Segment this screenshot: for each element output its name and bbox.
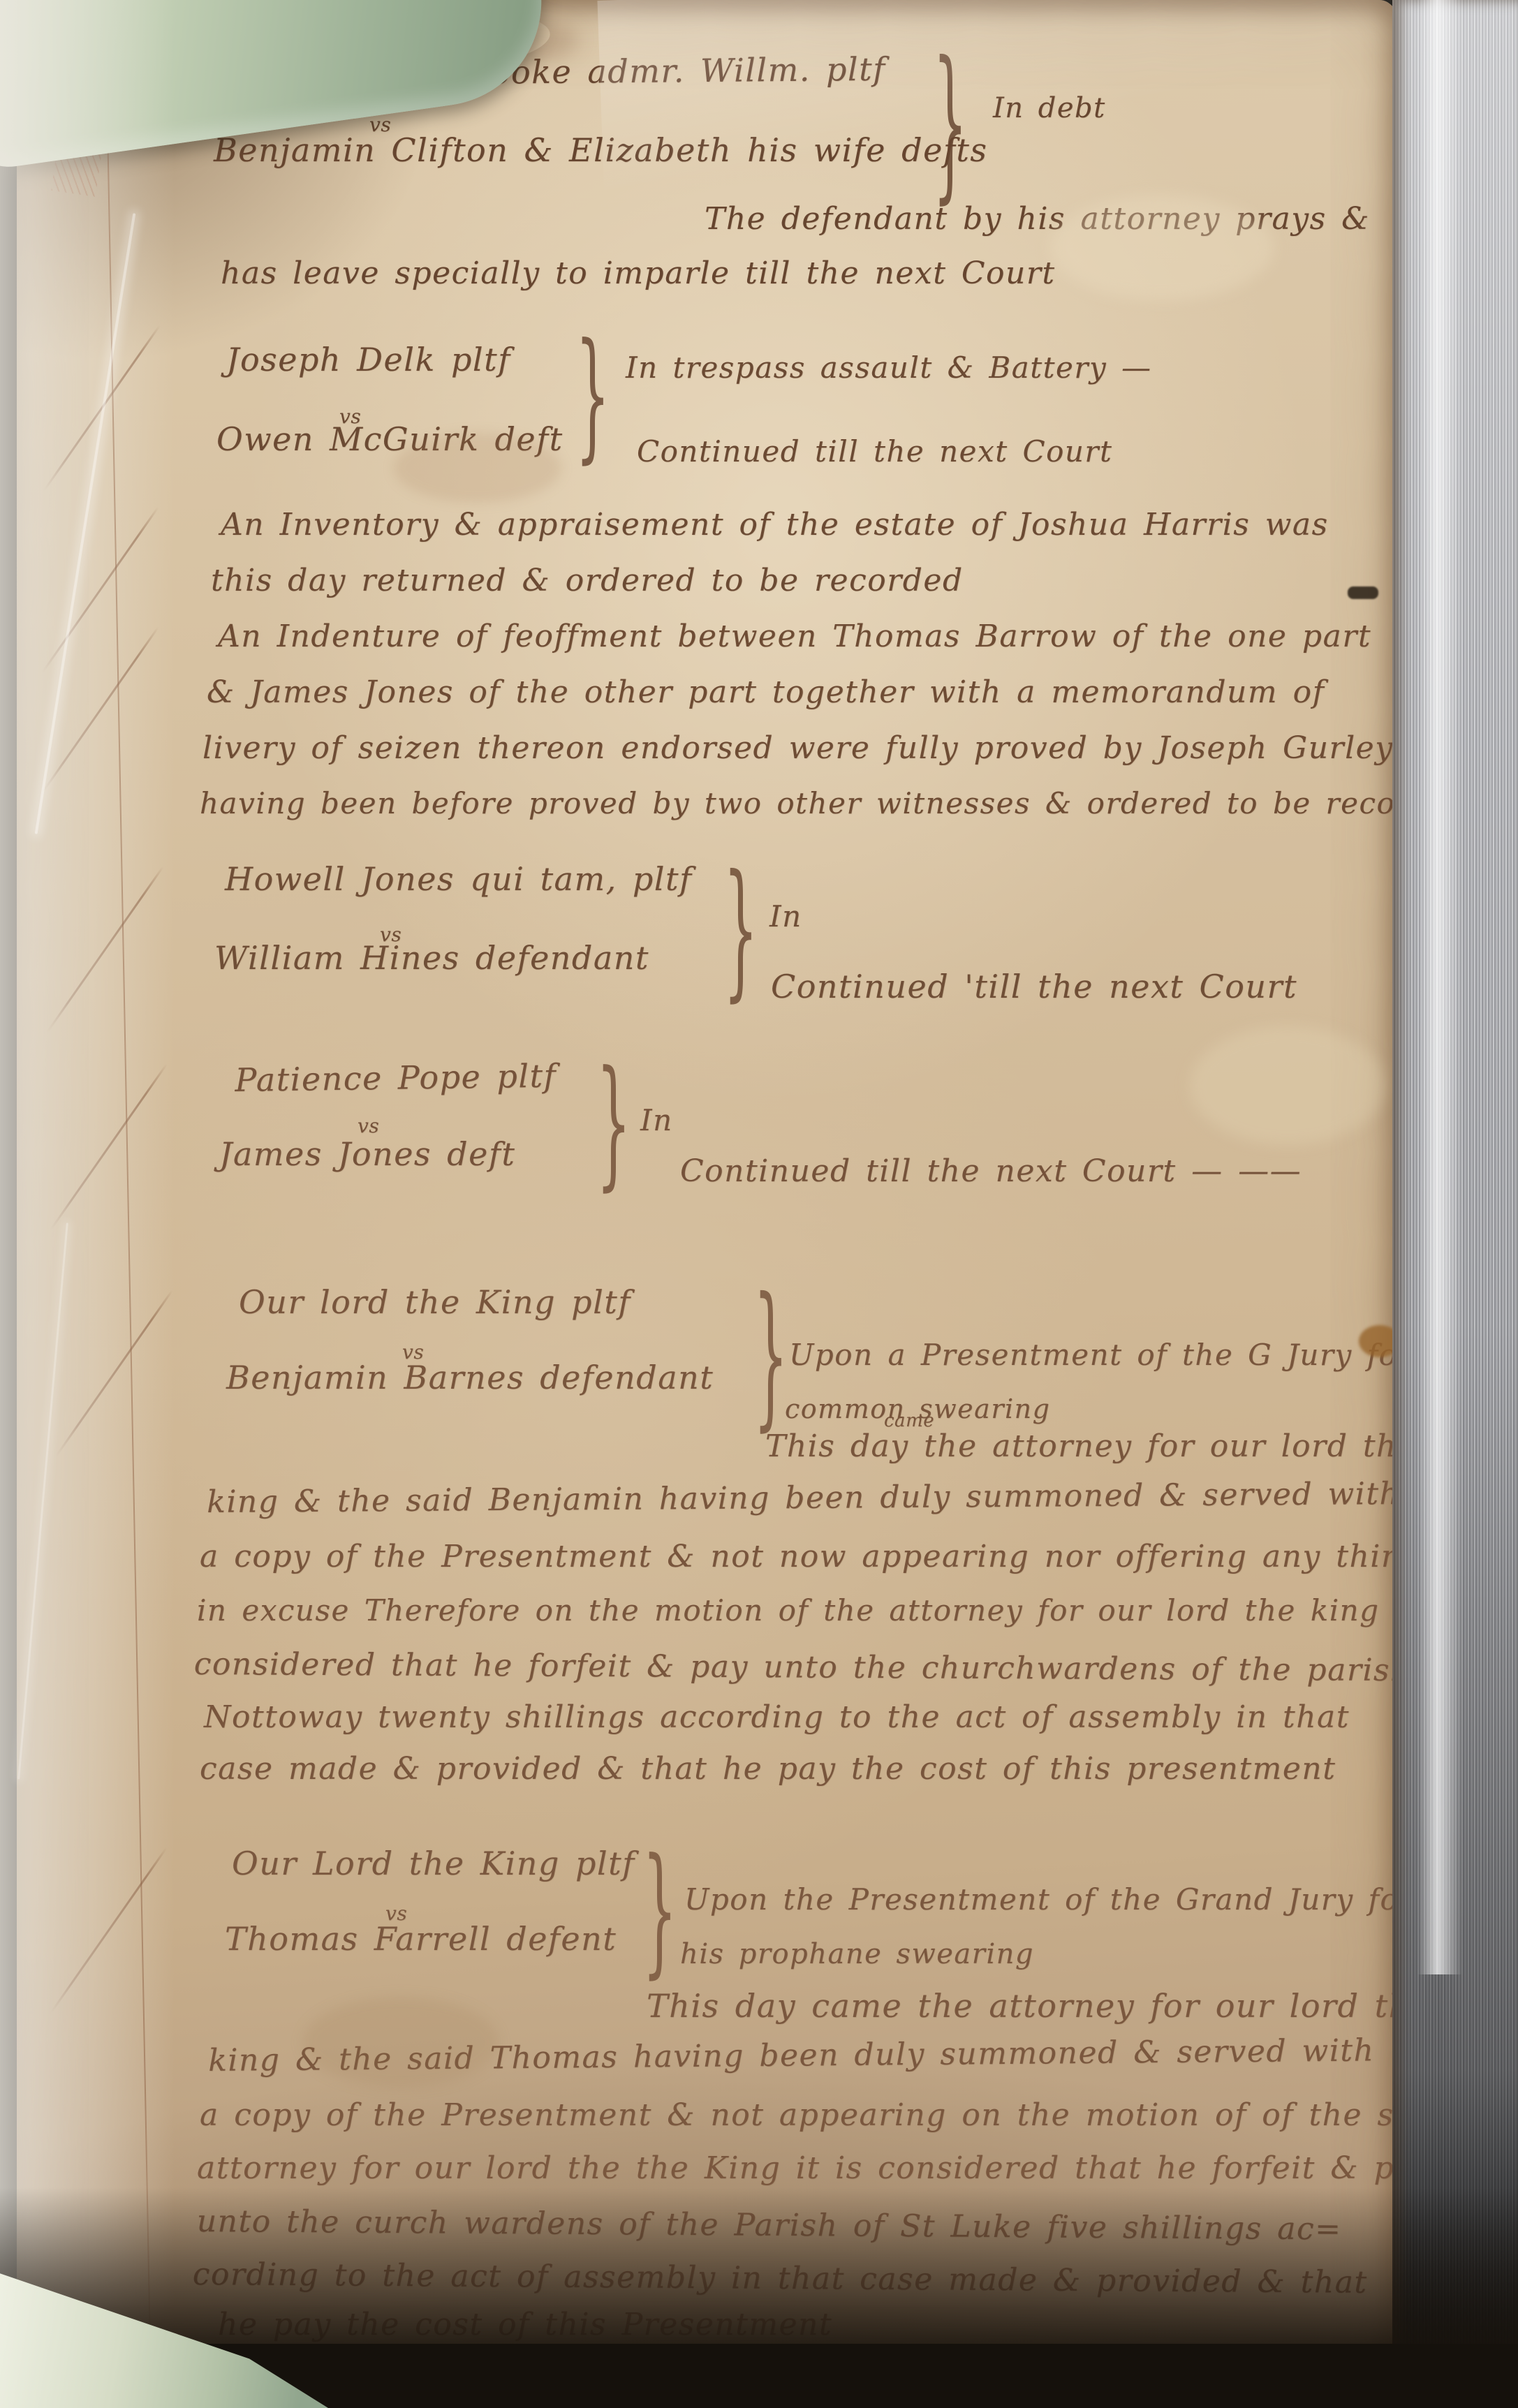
case-westbrooke-v-clifton-order-line-2: has leave specially to imparle till the … xyxy=(221,256,1056,291)
ink-dash-stain xyxy=(1348,586,1378,599)
case-king-v-barnes-body-line-7: case made & provided & that he pay the c… xyxy=(200,1751,1336,1787)
case-king-v-barnes-body-line-5: considered that he forfeit & pay unto th… xyxy=(194,1646,1459,1688)
plastic-sleeve-glare xyxy=(0,0,175,2408)
case-king-v-farrell-plaintiff-line: Our Lord the King pltf xyxy=(232,1845,635,1882)
case-delk-v-mcguirk-brace: } xyxy=(575,325,610,466)
order-indenture-barrow-jones-line-2: & James Jones of the other part together… xyxy=(207,674,1325,710)
plastic-glare xyxy=(597,0,1441,196)
paper-stain xyxy=(394,433,561,503)
case-delk-v-mcguirk-ruling: Continued till the next Court xyxy=(637,434,1112,468)
paper-highlight xyxy=(1050,195,1274,300)
case-delk-v-mcguirk-cause: In trespass assault & Battery — xyxy=(626,350,1152,385)
case-king-v-barnes-body-line-6: Nottoway twenty shillings according to t… xyxy=(204,1699,1350,1735)
case-king-v-farrell-defendant-line: Thomas Farrell defent xyxy=(225,1920,617,1958)
case-king-v-barnes-defendant-line: Benjamin Barnes defendant xyxy=(226,1359,714,1396)
case-king-v-farrell-brace: } xyxy=(642,1840,677,1981)
case-pope-v-jones-versus: vs xyxy=(358,1114,379,1137)
order-inventory-harris-line-1: An Inventory & appraisement of the estat… xyxy=(221,507,1329,542)
case-king-v-barnes-brace: } xyxy=(753,1278,788,1433)
case-king-v-farrell-body-line-1: This day came the attorney for our lord … xyxy=(647,1987,1430,2025)
edge-glare-highlight xyxy=(1417,0,1462,1974)
case-king-v-farrell-body-line-3: a copy of the Presentment & not appearin… xyxy=(200,2097,1445,2133)
case-king-v-farrell-cause-line-1: Upon the Presentment of the Grand Jury f… xyxy=(684,1882,1414,1916)
case-westbrooke-v-clifton-order-line-1: The defendant by his attorney prays & xyxy=(705,201,1370,237)
case-king-v-barnes-cause-line-1: Upon a Presentment of the G Jury for xyxy=(789,1338,1413,1372)
case-delk-v-mcguirk-plaintiff-line: Joseph Delk pltf xyxy=(226,341,511,378)
case-king-v-barnes-plaintiff-line: Our lord the King pltf xyxy=(239,1283,631,1321)
case-king-v-barnes-body-line-2: king & the said Benjamin having been dul… xyxy=(207,1476,1400,1520)
manuscript-page: 289 Samuel Westbrooke admr. Willm. pltfv… xyxy=(17,0,1401,2374)
case-pope-v-jones-ruling: Continued till the next Court — —— xyxy=(680,1153,1302,1189)
case-jones-v-hines-defendant-line: William Hines defendant xyxy=(214,939,649,977)
case-pope-v-jones-defendant-line: James Jones deft xyxy=(219,1135,515,1173)
case-jones-v-hines-cause: In xyxy=(769,899,802,933)
case-king-v-barnes-body-line-1: This day the attorney for our lord the xyxy=(765,1428,1416,1464)
order-indenture-barrow-jones-line-4: having been before proved by two other w… xyxy=(200,786,1468,820)
case-pope-v-jones-brace: } xyxy=(596,1053,631,1193)
page-stack-edge xyxy=(1392,0,1518,2408)
case-king-v-farrell-body-line-4: attorney for our lord the the King it is… xyxy=(197,2150,1432,2186)
bottom-shadow xyxy=(0,2187,1518,2348)
case-king-v-barnes-body-line-4: in excuse Therefore on the motion of the… xyxy=(197,1593,1461,1627)
paper-highlight xyxy=(1190,1026,1385,1145)
case-pope-v-jones-cause: In xyxy=(640,1103,673,1137)
paper-stain xyxy=(303,1997,499,2088)
order-inventory-harris-line-2: this day returned & ordered to be record… xyxy=(211,563,964,598)
order-indenture-barrow-jones-line-1: An Indenture of feoffment between Thomas… xyxy=(218,619,1371,654)
case-jones-v-hines-plaintiff-line: Howell Jones qui tam, pltf xyxy=(225,860,693,898)
case-king-v-farrell-cause-line-2: his prophane swearing xyxy=(680,1938,1034,1970)
case-king-v-barnes-body-line-3: a copy of the Presentment & not now appe… xyxy=(200,1539,1422,1574)
case-jones-v-hines-brace: } xyxy=(723,856,758,1004)
manuscript-photo: 289 Samuel Westbrooke admr. Willm. pltfv… xyxy=(0,0,1518,2408)
case-jones-v-hines-ruling: Continued 'till the next Court xyxy=(771,968,1297,1005)
order-indenture-barrow-jones-line-3: livery of seizen thereon endorsed were f… xyxy=(202,730,1394,766)
case-pope-v-jones-plaintiff-line: Patience Pope pltf xyxy=(235,1057,557,1099)
